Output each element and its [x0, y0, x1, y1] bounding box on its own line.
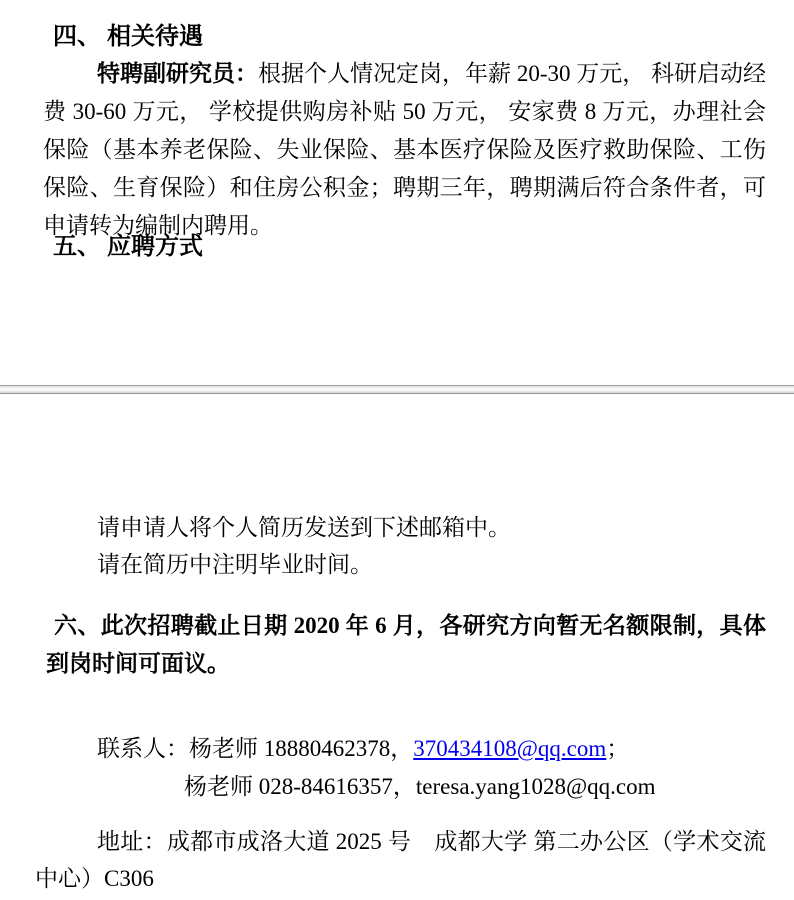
section-heading-benefits: 四、 相关待遇	[53, 20, 203, 54]
benefits-lead: 特聘副研究员：	[97, 61, 258, 86]
address-paragraph: 地址：成都市成洛大道 2025 号 成都大学 第二办公区（学术交流中心）C306	[35, 823, 766, 897]
benefits-paragraph: 特聘副研究员：根据个人情况定岗，年薪 20-30 万元， 科研启动经费 30-6…	[43, 55, 766, 245]
benefits-body: 根据个人情况定岗，年薪 20-30 万元， 科研启动经费 30-60 万元， 学…	[43, 61, 766, 238]
apply-instruction-1: 请申请人将个人简历发送到下述邮箱中。	[97, 509, 511, 547]
contact-line-2: 杨老师 028-84616357，teresa.yang1028@qq.com	[184, 768, 656, 806]
section-heading-apply: 五、 应聘方式	[53, 230, 203, 264]
contact-line-1-suffix: ；	[606, 736, 629, 761]
contact-line-1: 联系人：杨老师 18880462378，370434108@qq.com；	[97, 730, 629, 768]
page-break-divider	[0, 385, 794, 394]
apply-instruction-2: 请在简历中注明毕业时间。	[97, 546, 373, 584]
contact-email-link[interactable]: 370434108@qq.com	[413, 736, 606, 761]
deadline-paragraph: 六、此次招聘截止日期 2020 年 6 月，各研究方向暂无名额限制，具体到岗时间…	[46, 607, 766, 683]
contact-line-1-text: 联系人：杨老师 18880462378，	[97, 736, 413, 761]
document-page: { "page": { "background": "#ffffff", "te…	[0, 0, 794, 900]
